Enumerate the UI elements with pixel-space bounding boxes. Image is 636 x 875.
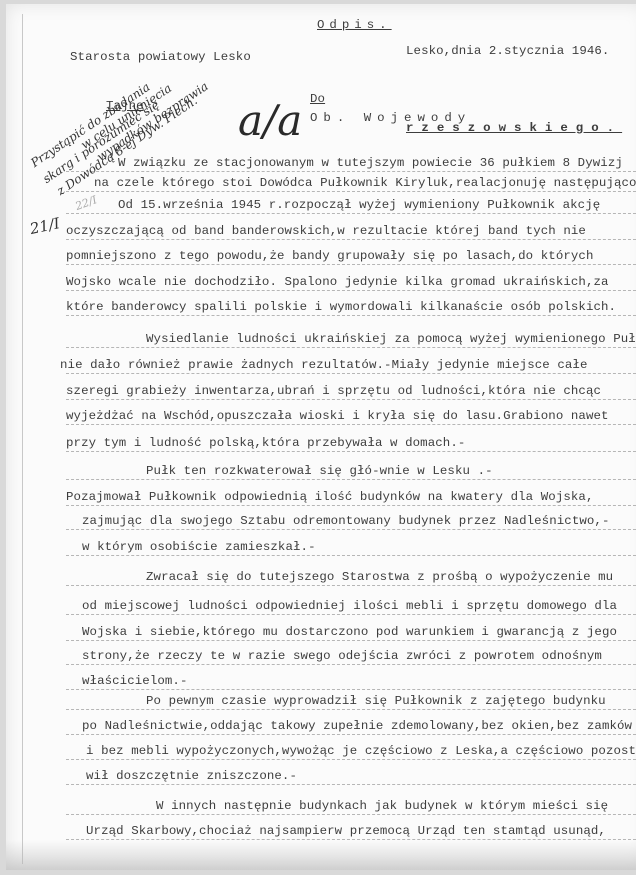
body-line: wił doszczętnie zniszczone.- <box>86 769 297 783</box>
typed-underline <box>66 585 636 587</box>
pencil-marks: 22/I <box>74 193 99 213</box>
body-line: szeregi grabieży inwentarza,ubrań i sprz… <box>66 384 601 398</box>
page-edge <box>22 14 23 864</box>
body-line: po Nadleśnictwie,oddając takowy zupełnie… <box>82 719 632 733</box>
body-line: Pułk ten rozkwaterował się głó-wnie w Le… <box>146 464 493 478</box>
handwritten-initials: a/a <box>238 96 302 145</box>
body-line: Wojsko wcale nie dochodziło. Spalono jed… <box>66 275 609 289</box>
body-line: wyjeżdżać na Wschód,opuszczała wioski i … <box>66 409 609 423</box>
typed-underline <box>66 347 636 349</box>
body-line: Zwracał się do tutejszego Starostwa z pr… <box>146 570 613 584</box>
bottom-scan-shadow <box>6 840 636 870</box>
typed-underline <box>66 784 636 786</box>
document-page: Odpis. Starosta powiatowy Lesko Lesko,dn… <box>6 4 636 870</box>
body-line: właścicielom.- <box>82 674 188 688</box>
typed-underline <box>66 213 636 215</box>
typed-underline <box>66 814 636 816</box>
typed-underline <box>66 264 636 266</box>
typed-underline <box>66 734 636 736</box>
body-line: Wojska i siebie,którego mu dostarczono p… <box>82 625 617 639</box>
body-line: Od 15.września 1945 r.rozpoczął wyżej wy… <box>118 198 600 212</box>
body-line: Urząd Skarbowy,chociaż najsampierw przem… <box>86 824 606 838</box>
handwritten-date-note: 21/I <box>28 214 61 238</box>
typed-underline <box>66 505 636 507</box>
body-line: oczyszczającą od band banderowskich,w re… <box>66 224 586 238</box>
typed-underline <box>66 614 636 616</box>
body-line: i bez mebli wypożyczonych,wywożąc je czę… <box>86 744 636 758</box>
body-line: na czele którego stoi Dowódca Pułkownik … <box>94 176 636 190</box>
body-line: zajmując dla swojego Sztabu odremontowan… <box>82 514 610 528</box>
place-date: Lesko,dnia 2.stycznia 1946. <box>406 44 609 58</box>
body-line: nie dało również prawie żadnych rezultat… <box>60 358 588 372</box>
body-line: strony,że rzeczy te w razie swego odejśc… <box>82 649 602 663</box>
typed-underline <box>66 759 636 761</box>
body-line: Po pewnym czasie wyprowadził się Pułkown… <box>146 694 606 708</box>
addressee-line2: rzeszowskiego. <box>406 121 622 135</box>
body-line: Pozajmował Pułkownik odpowiednią ilość b… <box>66 490 594 504</box>
typed-underline <box>66 689 636 691</box>
body-line: przy tym i ludność polską,która przebywa… <box>66 436 465 450</box>
body-line: W innych następnie budynkach jak budynek… <box>156 799 608 813</box>
addressee-to: Do <box>310 92 325 106</box>
typed-underline <box>66 399 636 401</box>
sender: Starosta powiatowy Lesko <box>70 50 251 64</box>
body-line: W związku ze stacjonowanym w tutejszym p… <box>118 156 623 170</box>
body-line: w którym osobiście zamieszkał.- <box>82 540 316 554</box>
typed-underline <box>66 171 636 173</box>
body-line: Wysiedlanie ludności ukraińskiej za pomo… <box>146 332 636 346</box>
body-line: od miejscowej ludności odpowiedniej iloś… <box>82 599 617 613</box>
typed-underline <box>66 529 636 531</box>
typed-underline <box>66 290 636 292</box>
body-line: pomniejszono z tego powodu,że bandy grup… <box>66 249 594 263</box>
typed-underline <box>66 315 636 317</box>
typed-underline <box>66 709 636 711</box>
copy-label: Odpis. <box>317 18 392 32</box>
typed-underline <box>66 191 636 193</box>
typed-underline <box>66 555 636 557</box>
typed-underline <box>66 664 636 666</box>
typed-underline <box>66 424 636 426</box>
typed-underline <box>66 373 636 375</box>
typed-underline <box>66 479 636 481</box>
typed-underline <box>66 239 636 241</box>
typed-underline <box>66 451 636 453</box>
typed-underline <box>66 640 636 642</box>
body-line: które banderowcy spalili polskie i wymor… <box>66 300 616 314</box>
